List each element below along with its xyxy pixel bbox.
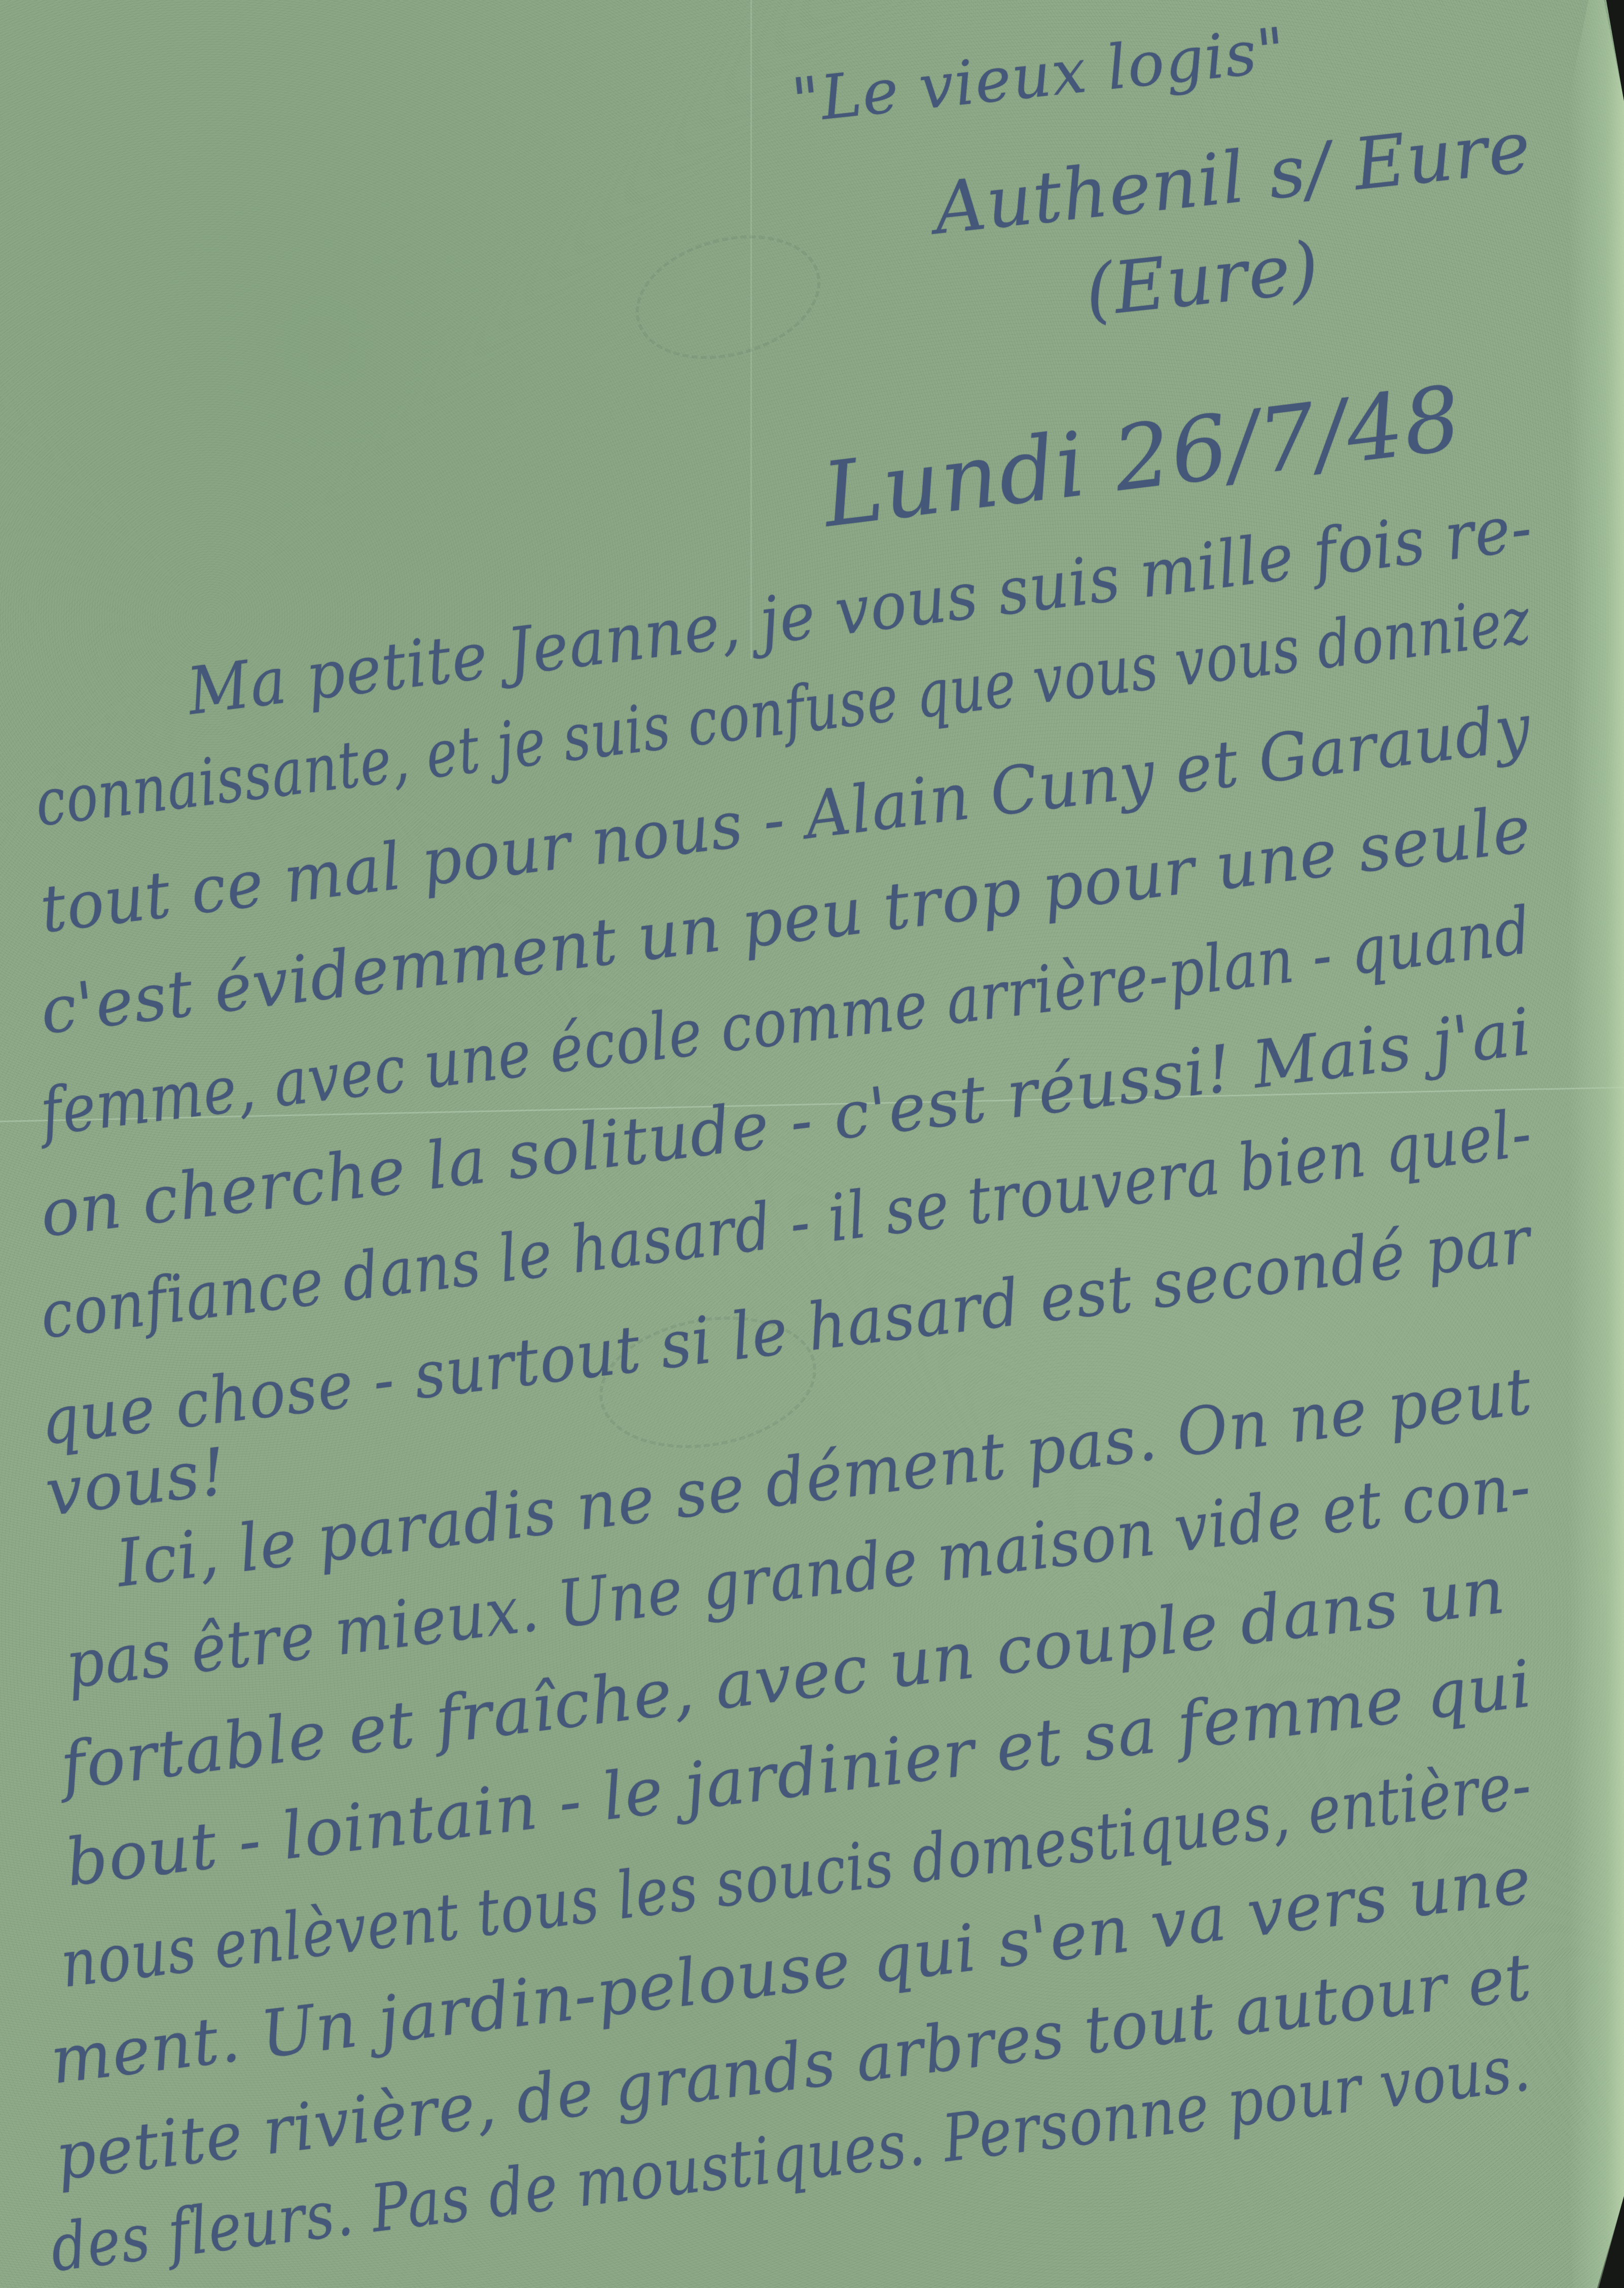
- address-line-house-name: "Le vieux logis": [788, 15, 1289, 137]
- address-line-town: Authenil s/ Eure: [930, 106, 1535, 251]
- faint-postmark-stamp: [622, 216, 834, 378]
- letter-paper: "Le vieux logis" Authenil s/ Eure (Eure)…: [0, 0, 1624, 2288]
- address-line-department: (Eure): [1081, 226, 1324, 333]
